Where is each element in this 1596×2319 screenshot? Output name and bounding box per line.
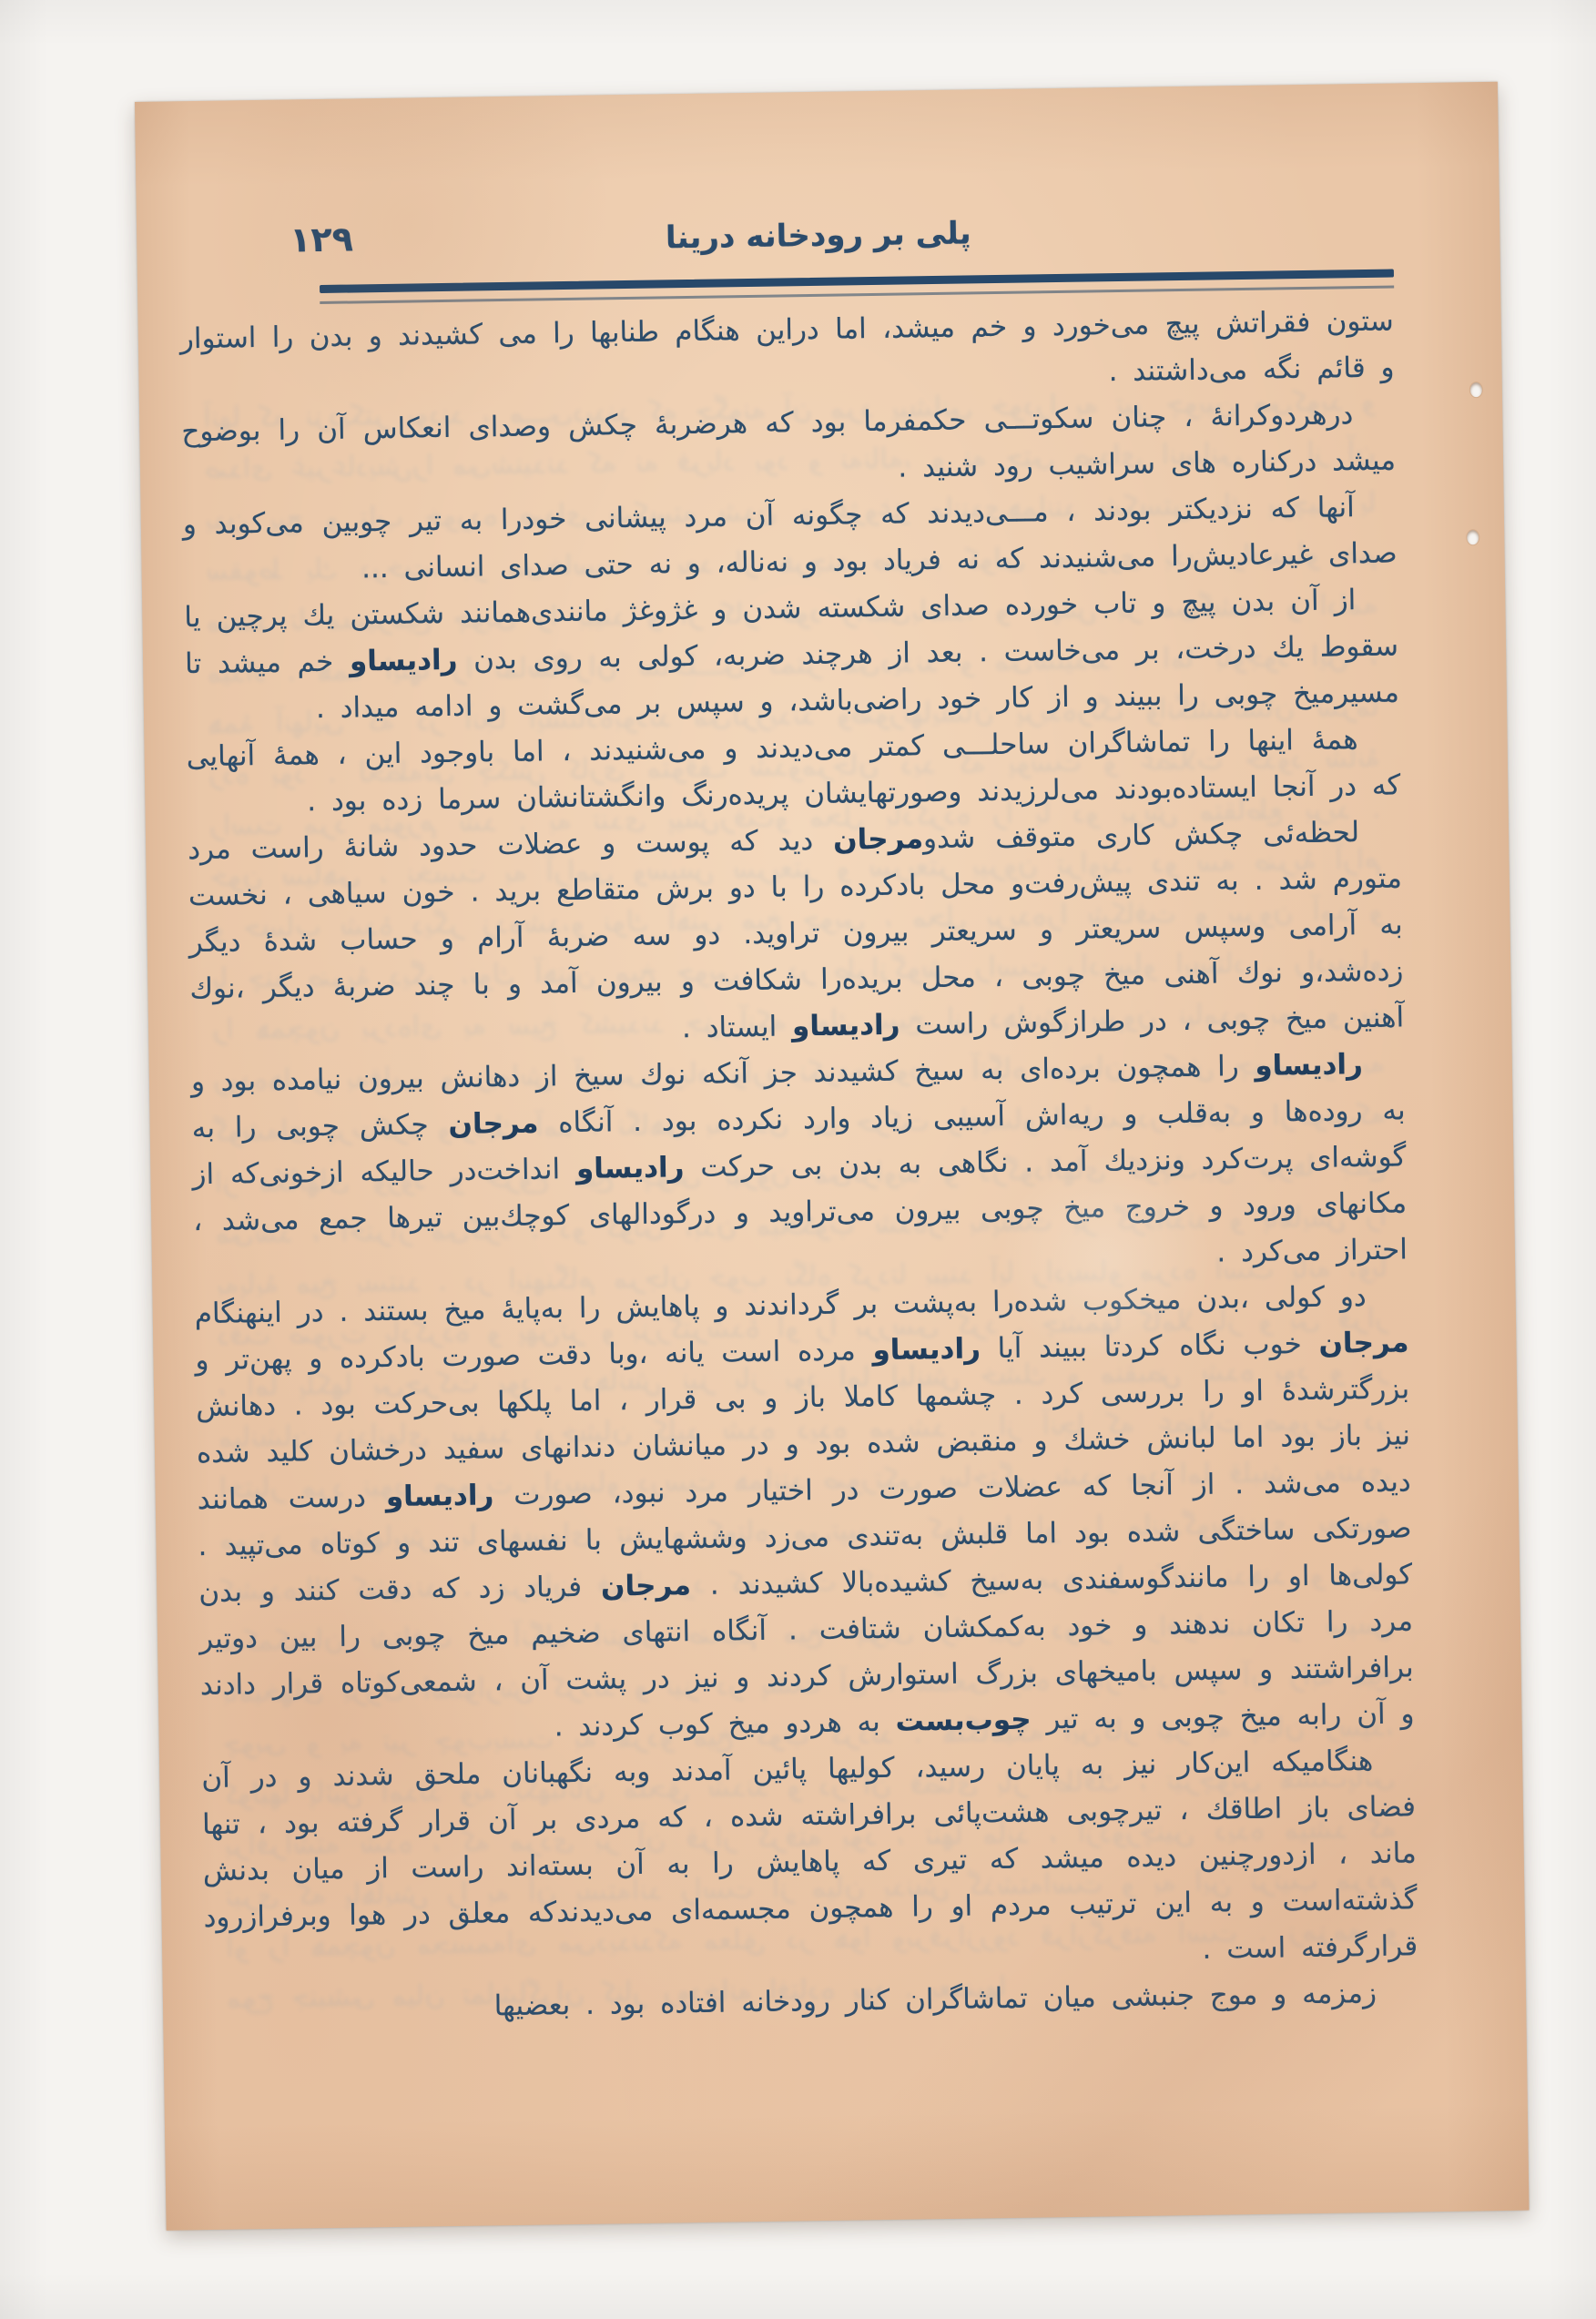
character-name: مرجان xyxy=(1318,1326,1408,1359)
paragraph: هنگامیکه این‌کار نیز به پایان رسید، کولی… xyxy=(201,1737,1418,1988)
character-name: رادیساو xyxy=(1255,1048,1363,1083)
header-rule xyxy=(320,270,1394,305)
paragraph-text: لحظه‌ئی چکش کاری متوقف شدو xyxy=(923,816,1360,855)
paragraph-text: زمزمه و موج جنبشی میان تماشاگران کنار رو… xyxy=(493,1977,1377,2022)
paragraph-text: به هردو میخ کوب کردند . xyxy=(554,1705,895,1744)
character-name: چوب‌بست xyxy=(895,1704,1031,1738)
paragraph-text: دو کولی ،بدن میخکوب شده‌را به‌پشت بر گرد… xyxy=(194,1280,1366,1330)
binding-hole xyxy=(1467,530,1479,544)
paragraph: دو کولی ،بدن میخکوب شده‌را به‌پشت بر گرد… xyxy=(194,1273,1414,1755)
character-name: مرجان xyxy=(448,1107,538,1141)
paragraph-text: درهردوکرانهٔ ، چنان سکوتـــی حکمفرما بود… xyxy=(181,398,1396,483)
paragraph: رادیساو را همچون برده‌ای به سیخ کشیدند ج… xyxy=(191,1041,1408,1291)
paragraph-text: آنها که نزدیکتر بودند ، مـــی‌دیدند که چ… xyxy=(183,491,1398,585)
paragraph: آنها که نزدیکتر بودند ، مـــی‌دیدند که چ… xyxy=(183,483,1398,595)
paragraph-text: ایستاد . xyxy=(682,1010,793,1044)
paragraph: همهٔ اینها را تماشاگران ساحلـــی کمتر می… xyxy=(186,716,1400,827)
paragraph-text: همهٔ اینها را تماشاگران ساحلـــی کمتر می… xyxy=(186,723,1400,818)
character-name: رادیساو xyxy=(792,1009,900,1043)
paragraph-text: دید که پوست و عضلات حدود شانهٔ راست مرد … xyxy=(188,824,1404,1042)
binding-hole xyxy=(1470,382,1482,397)
paragraph: از آن بدن پیچ و تاب خورده صدای شکسته شدن… xyxy=(184,576,1399,734)
book-page: آنها که نزدیکتر بودند ، مـــی‌دیدند که چ… xyxy=(135,82,1530,2231)
paragraph-text: ستون فقراتش پیچ می‌خورد و خم میشد، اما د… xyxy=(180,305,1395,389)
character-name: رادیساو xyxy=(872,1332,981,1367)
text-block: ستون فقراتش پیچ می‌خورد و خم میشد، اما د… xyxy=(179,299,1418,2035)
character-name: رادیساو xyxy=(576,1151,685,1185)
page-title: پلی بر رودخانه درینا xyxy=(273,209,1363,262)
paragraph: ستون فقراتش پیچ می‌خورد و خم میشد، اما د… xyxy=(179,299,1394,410)
paragraph-text: هنگامیکه این‌کار نیز به پایان رسید، کولی… xyxy=(201,1744,1418,1966)
paragraph-text: خوب نگاه کردتا ببیند آیا xyxy=(981,1327,1319,1366)
character-name: رادیساو xyxy=(350,644,458,678)
character-name: مرجان xyxy=(601,1569,691,1602)
character-name: مرجان xyxy=(833,822,923,856)
paragraph: لحظه‌ئی چکش کاری متوقف شدومرجان دید که پ… xyxy=(188,809,1405,1059)
paragraph: درهردوکرانهٔ ، چنان سکوتـــی حکمفرما بود… xyxy=(181,392,1396,503)
character-name: رادیساو xyxy=(386,1479,494,1513)
